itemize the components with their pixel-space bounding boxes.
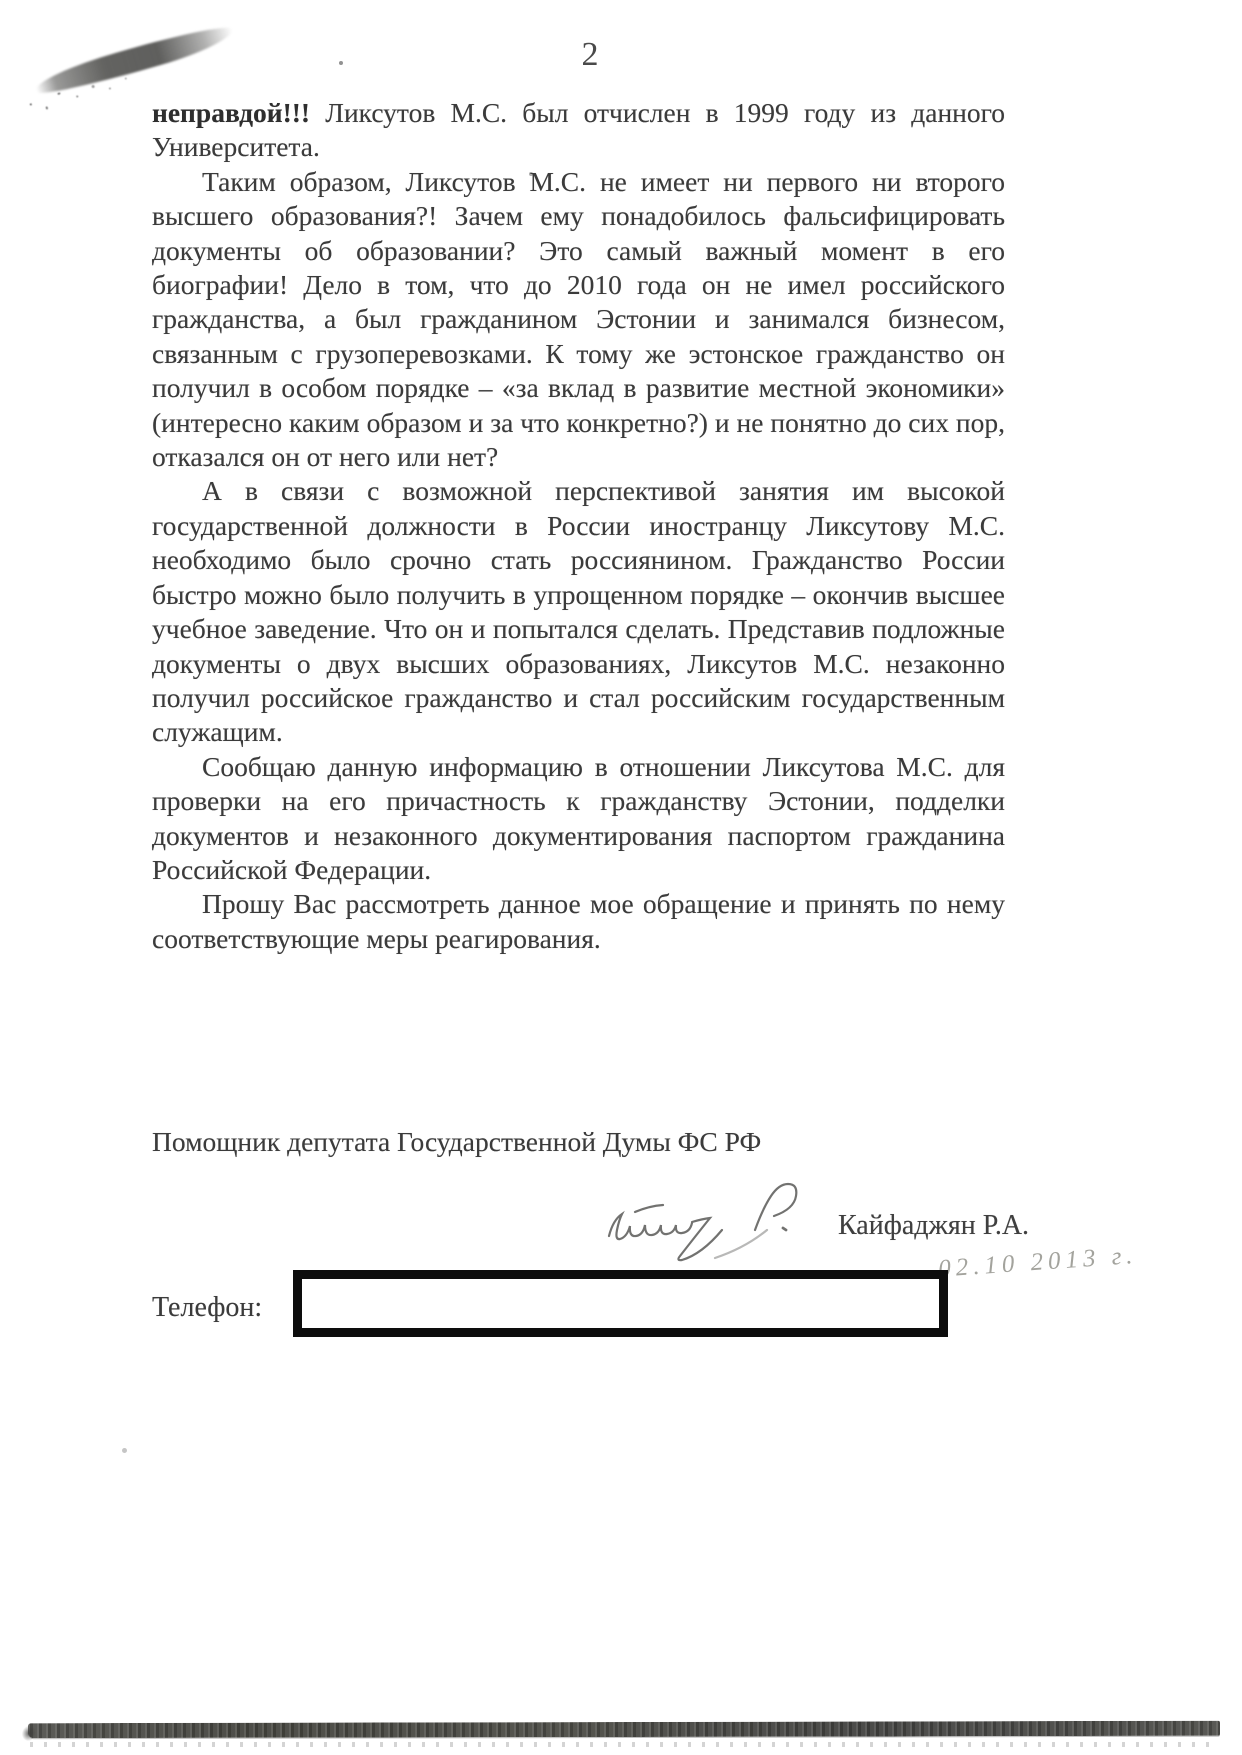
signer-position-line: Помощник депутата Государственной Думы Ф… [152,1126,1052,1158]
bold-lead-word: неправдой!!! [152,97,310,128]
scan-dot-artifact [122,1448,127,1453]
paragraph-1: неправдой!!! Ликсутов М.С. был отчислен … [152,96,1005,165]
signer-name: Кайфаджян Р.А. [838,1210,1029,1242]
paragraph-5: Прошу Вас рассмотреть данное мое обращен… [152,887,1005,956]
scan-edge-artifact [28,1721,1220,1738]
page-number: 2 [560,36,620,74]
paragraph-2: Таким образом, Ликсутов М.С. не имеет ни… [152,165,1005,475]
phone-label: Телефон: [152,1292,262,1324]
scan-dot-artifact [339,61,343,65]
scan-edge-dots [30,1742,1215,1747]
paragraph-4: Сообщаю данную информацию в отношении Ли… [152,750,1005,888]
handwritten-signature [595,1178,840,1273]
letter-body: неправдой!!! Ликсутов М.С. был отчислен … [152,96,1005,956]
scanned-document-page: 2 неправдой!!! Ликсутов М.С. был отчисле… [0,0,1242,1755]
handwritten-date: 02.10 2013 г. [937,1236,1218,1283]
paragraph-3: А в связи с возможной перспективой занят… [152,474,1005,749]
phone-redaction-box [293,1270,948,1337]
